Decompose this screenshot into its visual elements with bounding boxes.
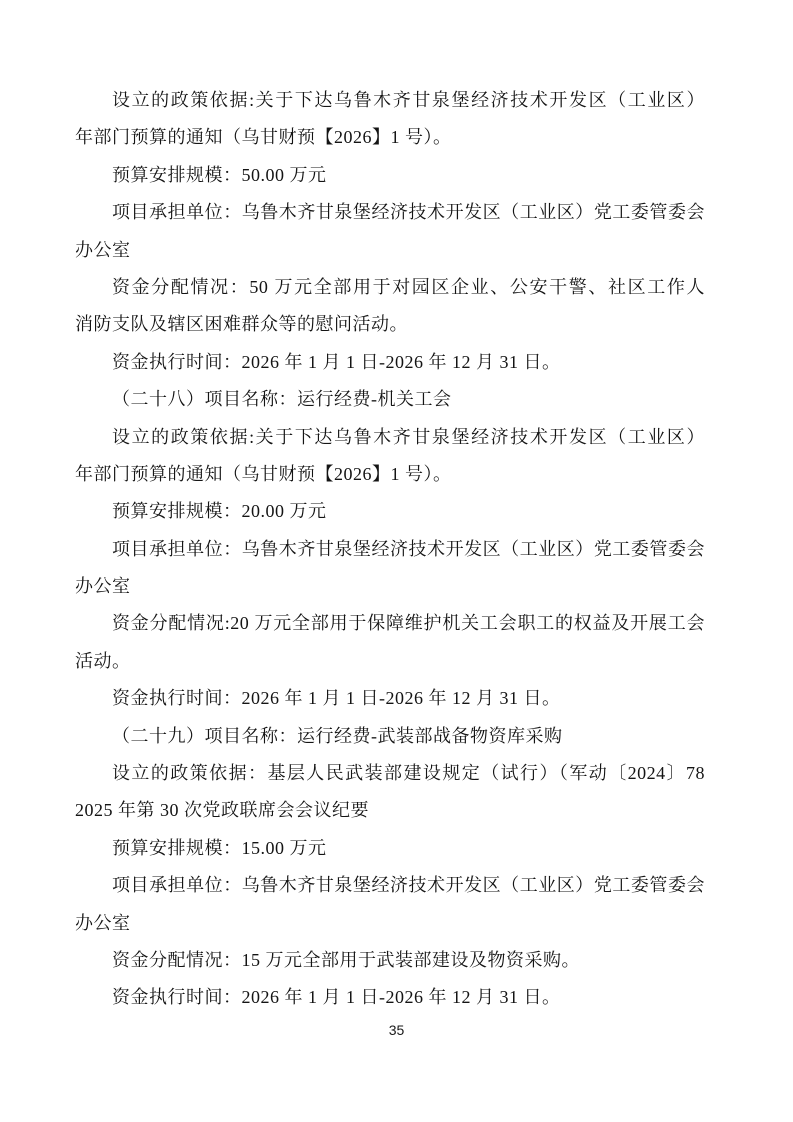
text-line: （二十八）项目名称：运行经费-机关工会 [75,381,705,418]
paragraph-execution-time-28: 资金执行时间：2026 年 1 月 1 日-2026 年 12 月 31 日。 [75,680,705,717]
text-line: 资金执行时间：2026 年 1 月 1 日-2026 年 12 月 31 日。 [75,979,705,1016]
text-line: 资金执行时间：2026 年 1 月 1 日-2026 年 12 月 31 日。 [75,680,705,717]
text-line: 年部门预算的通知（乌甘财预【2026】1 号）。 [75,119,705,156]
document-body: 设立的政策依据:关于下达乌鲁木齐甘泉堡经济技术开发区（工业区）2026 年部门预… [75,82,705,1017]
text-line: 项目承担单位：乌鲁木齐甘泉堡经济技术开发区（工业区）党工委管委会 [75,867,705,904]
paragraph-policy-basis-28: 设立的政策依据:关于下达乌鲁木齐甘泉堡经济技术开发区（工业区）2026 年部门预… [75,419,705,494]
text-line: 办公室 [75,568,705,605]
document-page: 设立的政策依据:关于下达乌鲁木齐甘泉堡经济技术开发区（工业区）2026 年部门预… [0,0,793,1122]
text-line: 预算安排规模：50.00 万元 [75,157,705,194]
text-line: 活动。 [75,643,705,680]
paragraph-execution-time-29: 资金执行时间：2026 年 1 月 1 日-2026 年 12 月 31 日。 [75,979,705,1016]
text-line: 设立的政策依据:关于下达乌鲁木齐甘泉堡经济技术开发区（工业区）2026 [75,82,705,119]
paragraph-fund-allocation-29: 资金分配情况：15 万元全部用于武装部建设及物资采购。 [75,942,705,979]
paragraph-project-title-28: （二十八）项目名称：运行经费-机关工会 [75,381,705,418]
text-line: 消防支队及辖区困难群众等的慰问活动。 [75,306,705,343]
paragraph-execution-time-27: 资金执行时间：2026 年 1 月 1 日-2026 年 12 月 31 日。 [75,344,705,381]
text-line: （二十九）项目名称：运行经费-武装部战备物资库采购 [75,718,705,755]
text-line: 资金分配情况:20 万元全部用于保障维护机关工会职工的权益及开展工会 [75,605,705,642]
paragraph-budget-scale-27: 预算安排规模：50.00 万元 [75,157,705,194]
paragraph-undertaking-unit-29: 项目承担单位：乌鲁木齐甘泉堡经济技术开发区（工业区）党工委管委会 办公室 [75,867,705,942]
paragraph-policy-basis-29: 设立的政策依据：基层人民武装部建设规定（试行）（军动〔2024〕78 号）、 2… [75,755,705,830]
text-line: 设立的政策依据：基层人民武装部建设规定（试行）（军动〔2024〕78 号）、 [75,755,705,792]
text-line: 资金执行时间：2026 年 1 月 1 日-2026 年 12 月 31 日。 [75,344,705,381]
text-line: 资金分配情况：50 万元全部用于对园区企业、公安干警、社区工作人员、 [75,269,705,306]
text-line: 办公室 [75,905,705,942]
paragraph-undertaking-unit-27: 项目承担单位：乌鲁木齐甘泉堡经济技术开发区（工业区）党工委管委会 办公室 [75,194,705,269]
paragraph-undertaking-unit-28: 项目承担单位：乌鲁木齐甘泉堡经济技术开发区（工业区）党工委管委会 办公室 [75,531,705,606]
paragraph-policy-basis-27: 设立的政策依据:关于下达乌鲁木齐甘泉堡经济技术开发区（工业区）2026 年部门预… [75,82,705,157]
paragraph-fund-allocation-27: 资金分配情况：50 万元全部用于对园区企业、公安干警、社区工作人员、 消防支队及… [75,269,705,344]
page-number: 35 [0,1022,793,1038]
paragraph-budget-scale-29: 预算安排规模：15.00 万元 [75,830,705,867]
text-line: 项目承担单位：乌鲁木齐甘泉堡经济技术开发区（工业区）党工委管委会 [75,531,705,568]
text-line: 项目承担单位：乌鲁木齐甘泉堡经济技术开发区（工业区）党工委管委会 [75,194,705,231]
text-line: 预算安排规模：15.00 万元 [75,830,705,867]
text-line: 资金分配情况：15 万元全部用于武装部建设及物资采购。 [75,942,705,979]
text-line: 预算安排规模：20.00 万元 [75,493,705,530]
text-line: 2025 年第 30 次党政联席会会议纪要 [75,792,705,829]
text-line: 设立的政策依据:关于下达乌鲁木齐甘泉堡经济技术开发区（工业区）2026 [75,419,705,456]
paragraph-project-title-29: （二十九）项目名称：运行经费-武装部战备物资库采购 [75,718,705,755]
paragraph-budget-scale-28: 预算安排规模：20.00 万元 [75,493,705,530]
text-line: 年部门预算的通知（乌甘财预【2026】1 号）。 [75,456,705,493]
text-line: 办公室 [75,232,705,269]
paragraph-fund-allocation-28: 资金分配情况:20 万元全部用于保障维护机关工会职工的权益及开展工会 活动。 [75,605,705,680]
